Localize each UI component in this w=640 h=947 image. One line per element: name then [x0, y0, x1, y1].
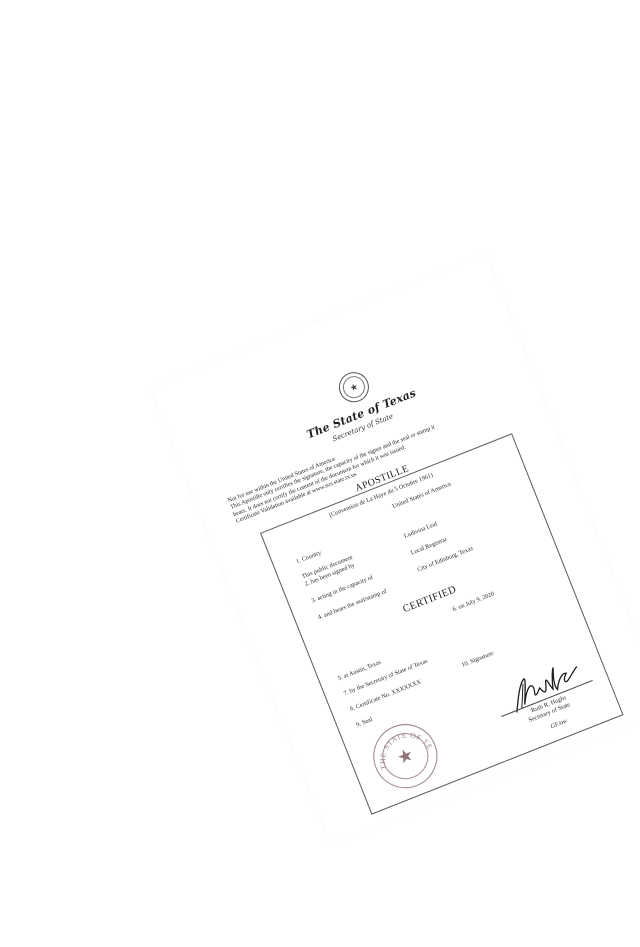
certified-heading: CERTIFIED: [401, 584, 458, 615]
star-icon: ★: [340, 373, 369, 402]
signed-by-value: Ludivina Leal: [403, 520, 438, 539]
apostille-document: ★ The State of Texas Secretary of State …: [260, 433, 624, 814]
signature-label: 10. Signature:: [461, 649, 496, 668]
seal-ring-text: THE STATE OF TEXAS: [365, 715, 448, 798]
initials: GF/aw: [550, 717, 569, 730]
seal-label: 9. Seal: [355, 716, 373, 729]
capacity-value: Local Registrar: [410, 536, 448, 557]
svg-text:THE STATE OF TEXAS: THE STATE OF TEXAS: [365, 715, 436, 773]
country-label: 1. Country: [295, 549, 322, 565]
state-of-texas-seal: THE STATE OF TEXAS ★: [364, 715, 447, 798]
